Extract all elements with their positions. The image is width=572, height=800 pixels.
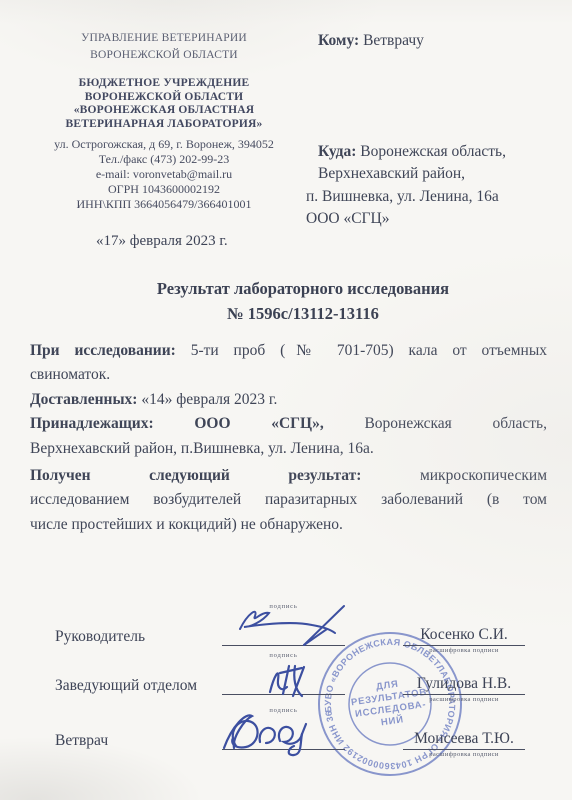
authority-line: УПРАВЛЕНИЕ ВЕТЕРИНАРИИ — [16, 30, 312, 47]
signer-role: Заведующий отделом — [55, 677, 222, 695]
field-value: «14» февраля 2023 г. — [141, 391, 277, 408]
field-label: При исследовании: — [30, 342, 176, 359]
organization-name: БЮДЖЕТНОЕ УЧРЕЖДЕНИЕ ВОРОНЕЖСКОЙ ОБЛАСТИ… — [16, 77, 312, 131]
signature-line: подпись — [222, 705, 345, 750]
field-value: 5-ти проб (№ 701-705) кала от отъемных — [191, 342, 547, 359]
recipient-block: Кому: Ветврачу Куда: Воронежская область… — [306, 30, 566, 231]
recipient-to-line: Кому: Ветврачу — [306, 30, 566, 53]
letter-date: «17» февраля 2023 г. — [16, 233, 312, 250]
signature-row: Ветврач подпись Моисеева Т.Ю. расшифровк… — [55, 705, 544, 750]
signature-row: Заведующий отделом подпись Гулидова Н.В.… — [55, 650, 544, 695]
address-line: Тел./факс (473) 202-99-23 — [16, 152, 312, 167]
where-label: Куда: — [318, 143, 356, 160]
body-line: Верхнехавский район, п.Вишневка, ул. Лен… — [30, 437, 547, 461]
body-line: Доставленных: «14» февраля 2023 г. — [30, 388, 547, 412]
org-line: БЮДЖЕТНОЕ УЧРЕЖДЕНИЕ — [16, 77, 312, 91]
signer-name-cell: Моисеева Т.Ю. расшифровка подписи — [403, 730, 525, 750]
name-caption: расшифровка подписи — [403, 751, 525, 758]
sign-caption: подпись — [222, 603, 345, 610]
field-value: Воронежская область, — [364, 415, 547, 432]
to-value: Ветврачу — [363, 32, 424, 49]
result-label: Получен следующий результат: — [30, 467, 361, 484]
where-line: Верхнехавский район, — [306, 163, 566, 186]
where-line: ООО «СГЦ» — [306, 208, 566, 231]
name-caption: расшифровка подписи — [403, 696, 525, 703]
signer-role: Ветврач — [55, 732, 222, 750]
signer-name: Косенко С.И. — [403, 626, 525, 646]
body-line: Получен следующий результат: микроскопич… — [30, 464, 547, 488]
letter-body: При исследовании: 5-ти проб (№ 701-705) … — [30, 339, 547, 537]
body-line: Принадлежащих: ООО «СГЦ», Воронежская об… — [30, 412, 547, 436]
signature-line: подпись — [222, 601, 345, 646]
signer-name-cell: Гулидова Н.В. расшифровка подписи — [403, 675, 525, 695]
sender-block: УПРАВЛЕНИЕ ВЕТЕРИНАРИИ ВОРОНЕЖСКОЙ ОБЛАС… — [16, 30, 312, 250]
field-label: Доставленных: — [30, 391, 137, 408]
result-value: микроскопическим — [420, 467, 547, 484]
where-line: Куда: Воронежская область, — [306, 141, 566, 164]
signer-role: Руководитель — [55, 628, 222, 646]
title-line-1: Результат лабораторного исследования — [48, 276, 558, 301]
where-value: Воронежская область, — [360, 143, 506, 160]
where-line: п. Вишневка, ул. Ленина, 16а — [306, 186, 566, 209]
recipient-where-block: Куда: Воронежская область, Верхнехавский… — [306, 141, 566, 231]
address-line: e-mail: voronvetab@mail.ru — [16, 167, 312, 182]
authority-name: УПРАВЛЕНИЕ ВЕТЕРИНАРИИ ВОРОНЕЖСКОЙ ОБЛАС… — [16, 30, 312, 64]
to-label: Кому: — [318, 32, 359, 49]
authority-line: ВОРОНЕЖСКОЙ ОБЛАСТИ — [16, 47, 312, 64]
address-line: ИНН\КПП 3664056479/366401001 — [16, 197, 312, 212]
signer-name: Гулидова Н.В. — [403, 675, 525, 695]
org-line: ВОРОНЕЖСКОЙ ОБЛАСТИ — [16, 91, 312, 105]
sign-caption: подпись — [222, 652, 345, 659]
document-title: Результат лабораторного исследования № 1… — [48, 276, 558, 326]
scanned-letter-page: УПРАВЛЕНИЕ ВЕТЕРИНАРИИ ВОРОНЕЖСКОЙ ОБЛАС… — [0, 0, 572, 800]
org-line: ВЕТЕРИНАРНАЯ ЛАБОРАТОРИЯ» — [16, 118, 312, 132]
org-bold: ООО «СГЦ», — [194, 415, 323, 432]
sign-caption: подпись — [222, 707, 345, 714]
title-line-2: № 1596с/13112-13116 — [48, 301, 558, 326]
body-line: При исследовании: 5-ти проб (№ 701-705) … — [30, 339, 547, 363]
body-line: свиноматок. — [30, 363, 547, 387]
organization-address: ул. Острогожская, д 69, г. Воронеж, 3940… — [16, 137, 312, 212]
signature-line: подпись — [222, 650, 345, 695]
body-line: числе простейших и кокцидий) не обнаруже… — [30, 513, 547, 537]
signature-row: Руководитель подпись Косенко С.И. расшиф… — [55, 601, 544, 646]
handwritten-signature — [262, 658, 352, 702]
field-label: Принадлежащих: — [30, 415, 154, 432]
address-line: ОГРН 1043600002192 — [16, 182, 312, 197]
signer-name-cell: Косенко С.И. расшифровка подписи — [403, 626, 525, 646]
body-line: исследованием возбудителей паразитарных … — [30, 488, 547, 512]
signer-name: Моисеева Т.Ю. — [403, 730, 525, 750]
org-line: «ВОРОНЕЖСКАЯ ОБЛАСТНАЯ — [16, 104, 312, 118]
address-line: ул. Острогожская, д 69, г. Воронеж, 3940… — [16, 137, 312, 152]
